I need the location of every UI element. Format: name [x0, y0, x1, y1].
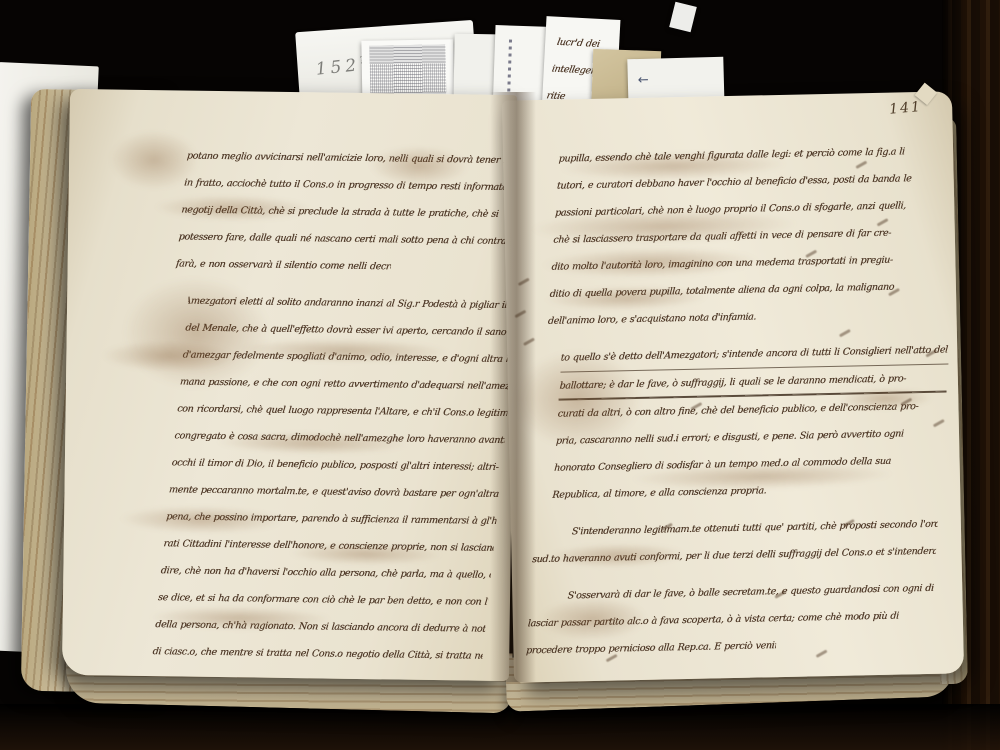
right-page-text: pupilla, essendo chè tale venghi figurat… — [525, 137, 963, 664]
paragraph: potano meglio avvicinarsi nell'amicizie … — [175, 143, 535, 283]
paragraph: Gl'Amezgatori eletti al solito andaranno… — [135, 287, 519, 669]
manuscript-photo: { "folio_number": "141", "tabs": { "penc… — [0, 0, 1000, 750]
left-page-text: potano meglio avvicinarsi nell'amicizie … — [135, 143, 534, 670]
folio-number: 141 — [889, 99, 923, 118]
left-arrow-icon: ← — [638, 73, 649, 88]
show-through-mark — [518, 278, 530, 286]
left-manuscript-page: potano meglio avvicinarsi nell'amicizie … — [62, 89, 517, 681]
paragraph: S'osservarà di dar le fave, ò balle secr… — [525, 575, 934, 665]
bookmark-tab-blank-2 — [669, 2, 697, 33]
paragraph: Tutto quello s'è detto dell'Amezgatori; … — [535, 336, 950, 509]
show-through-mark — [514, 310, 526, 318]
paragraph: pupilla, essendo chè tale venghi figurat… — [547, 137, 963, 335]
manuscript-line: Republica, al timore, e alla conscienza … — [551, 477, 793, 509]
manuscript-line: dell'animo loro, e s'acquistano nota d'i… — [547, 303, 799, 335]
right-manuscript-page: 141 pupilla, essendo chè tale venghi fig… — [502, 91, 964, 682]
manuscript-line: farà, e non osservarà il silentio come n… — [175, 250, 392, 280]
paragraph: S'intenderanno legitimam.te ottenuti tut… — [531, 511, 939, 574]
tick-marks — [507, 39, 512, 103]
manuscript-line: di ciasc.o, che mentre si tratta nel Con… — [151, 638, 484, 670]
show-through-mark — [523, 338, 535, 346]
manuscript-line: procedere troppo pernicioso alla Rep.ca.… — [525, 632, 777, 664]
pencil-number: 152? — [315, 55, 367, 80]
